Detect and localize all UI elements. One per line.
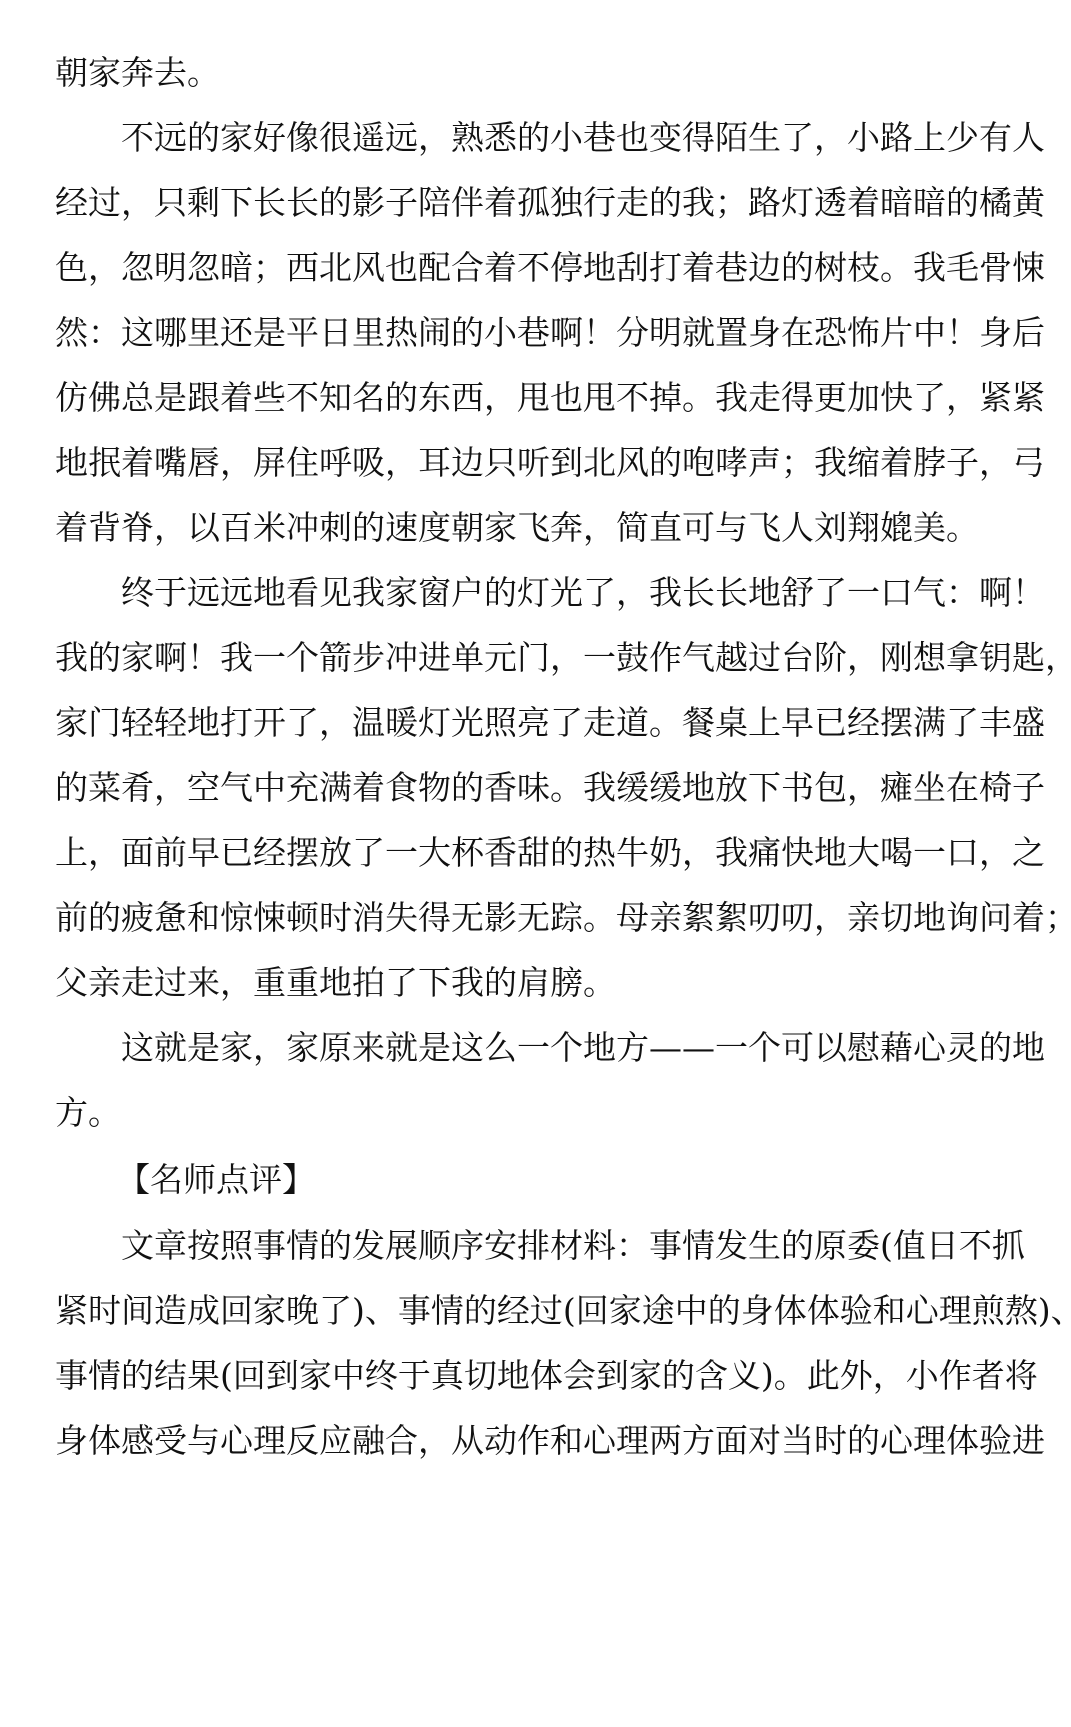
paragraph-first-line: 这就是家，家原来就是这么一个地方——一个可以慰藉心灵的地 — [121, 1028, 1013, 1068]
text-line: 身体感受与心理反应融合，从动作和心理两方面对当时的心理体验进 — [55, 1421, 1013, 1461]
text-line: 上，面前早已经摆放了一大杯香甜的热牛奶，我痛快地大喝一口，之 — [55, 833, 1013, 873]
document-page: 朝家奔去。 不远的家好像很遥远，熟悉的小巷也变得陌生了，小路上少有人 经过，只剩… — [0, 0, 1071, 1727]
text-line: 的菜肴，空气中充满着食物的香味。我缓缓地放下书包，瘫坐在椅子 — [55, 768, 1013, 808]
text-line: 父亲走过来，重重地拍了下我的肩膀。 — [55, 963, 1013, 1003]
paragraph-first-line: 终于远远地看见我家窗户的灯光了，我长长地舒了一口气：啊！ — [121, 573, 1013, 613]
text-line: 着背脊，以百米冲刺的速度朝家飞奔，简直可与飞人刘翔媲美。 — [55, 508, 1013, 548]
text-line: 事情的结果(回到家中终于真切地体会到家的含义)。此外，小作者将 — [55, 1356, 1013, 1396]
text-line: 我的家啊！我一个箭步冲进单元门，一鼓作气越过台阶，刚想拿钥匙， — [55, 638, 1013, 678]
text-line: 仿佛总是跟着些不知名的东西，甩也甩不掉。我走得更加快了，紧紧 — [55, 378, 1013, 418]
text-line: 然：这哪里还是平日里热闹的小巷啊！分明就置身在恐怖片中！身后 — [55, 313, 1013, 353]
text-line: 前的疲惫和惊悚顿时消失得无影无踪。母亲絮絮叨叨，亲切地询问着； — [55, 898, 1013, 938]
text-line: 朝家奔去。 — [55, 53, 1013, 93]
section-heading: 【名师点评】 — [117, 1160, 315, 1200]
text-line: 色，忽明忽暗；西北风也配合着不停地刮打着巷边的树枝。我毛骨悚 — [55, 248, 1013, 288]
paragraph-first-line: 不远的家好像很遥远，熟悉的小巷也变得陌生了，小路上少有人 — [121, 118, 1013, 158]
text-line: 经过，只剩下长长的影子陪伴着孤独行走的我；路灯透着暗暗的橘黄 — [55, 183, 1013, 223]
text-line: 方。 — [55, 1093, 1013, 1133]
paragraph-first-line: 文章按照事情的发展顺序安排材料：事情发生的原委(值日不抓 — [121, 1226, 1013, 1266]
text-line: 家门轻轻地打开了，温暖灯光照亮了走道。餐桌上早已经摆满了丰盛 — [55, 703, 1013, 743]
text-line: 地抿着嘴唇，屏住呼吸，耳边只听到北风的咆哮声；我缩着脖子，弓 — [55, 443, 1013, 483]
text-line: 紧时间造成回家晚了)、事情的经过(回家途中的身体体验和心理煎熬)、 — [55, 1291, 1013, 1331]
